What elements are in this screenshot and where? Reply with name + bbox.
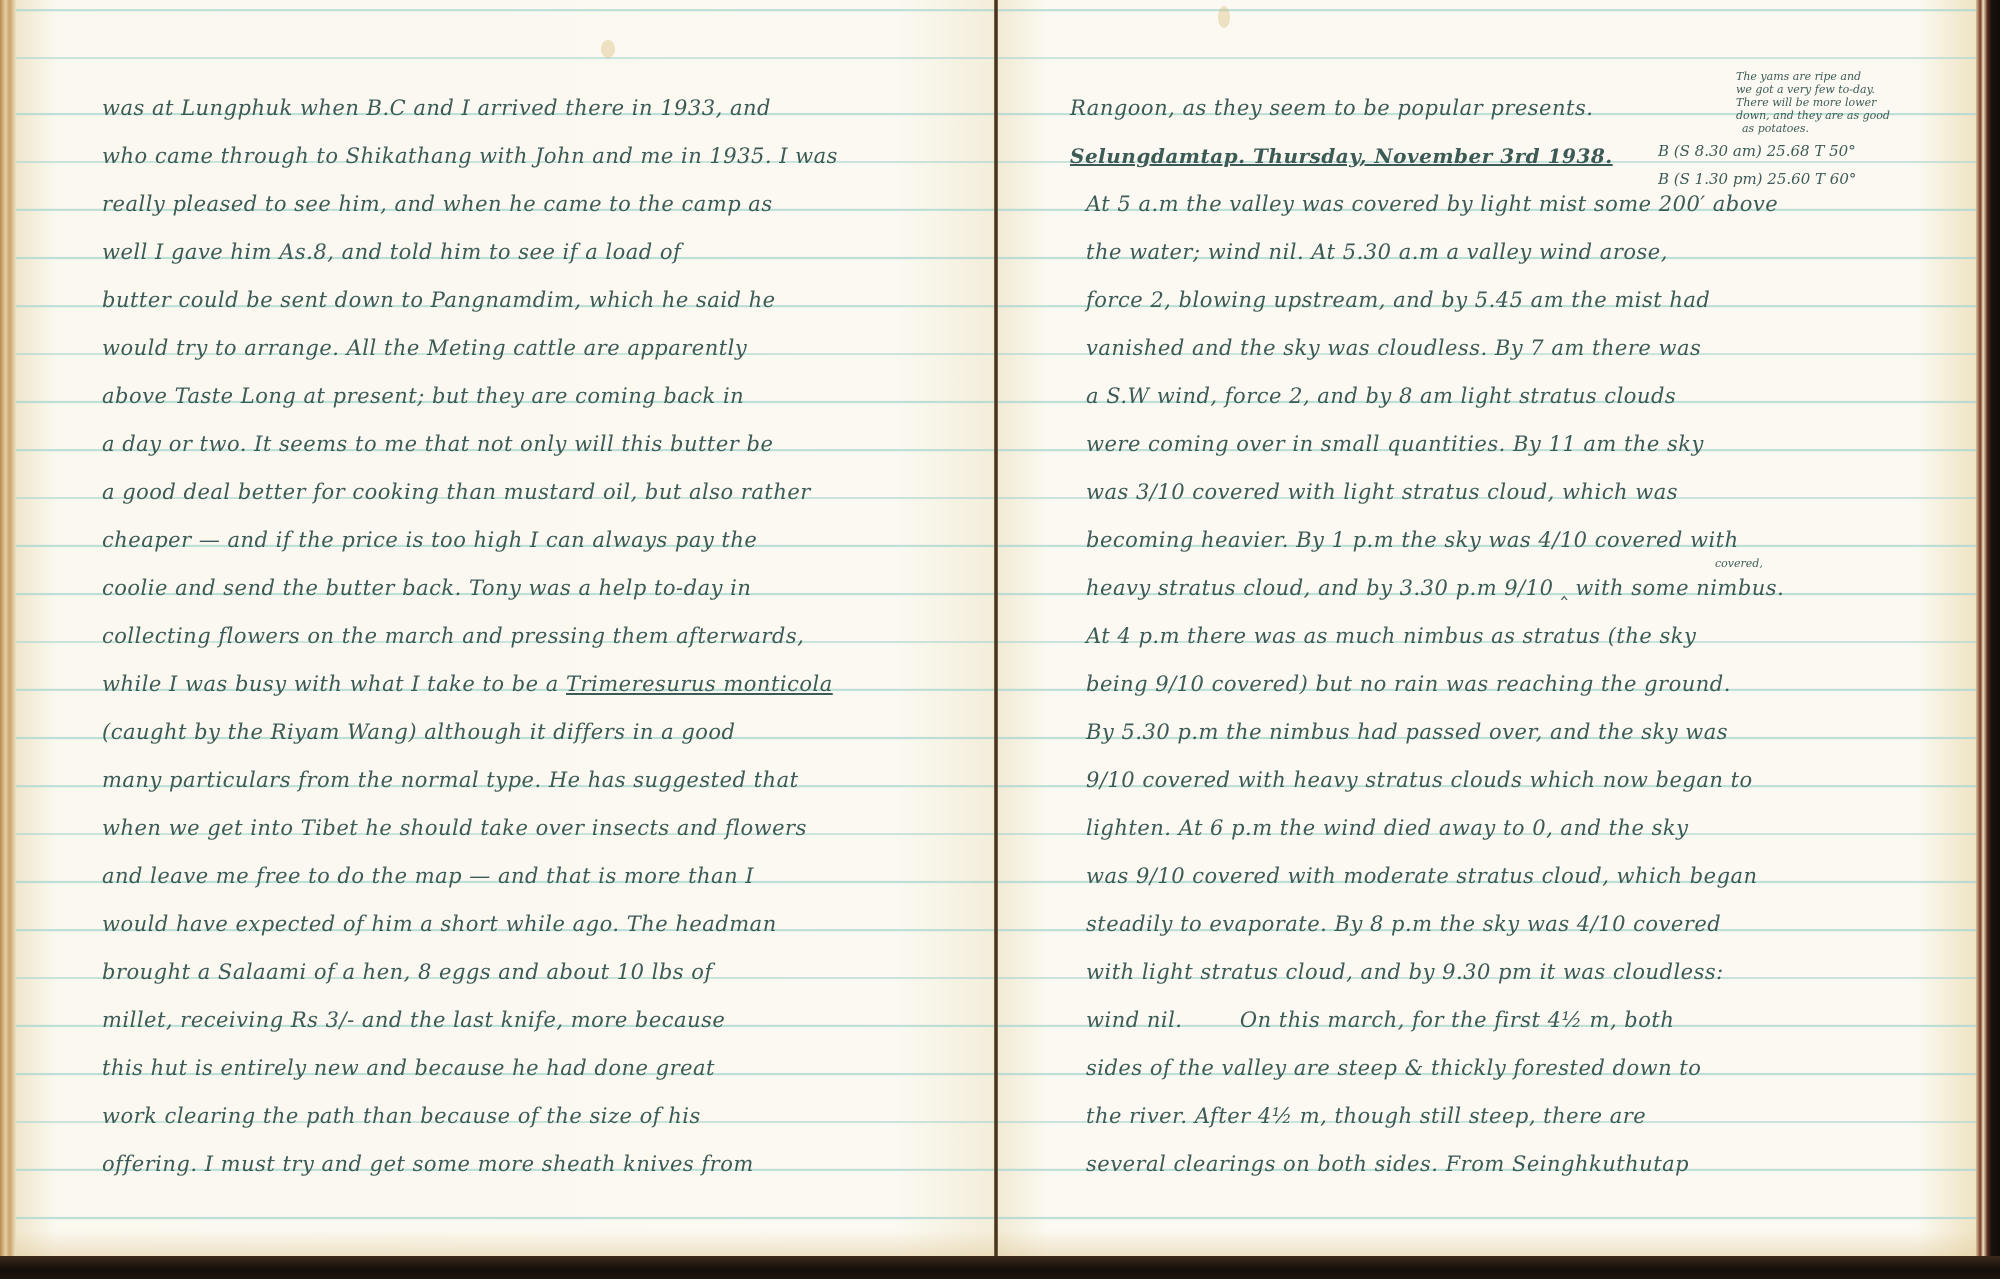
text-line: this hut is entirely new and because he … bbox=[102, 1048, 982, 1088]
bottom-binding-edge bbox=[0, 1256, 2000, 1279]
text-line: lighten. At 6 p.m the wind died away to … bbox=[1086, 808, 1966, 848]
text-line: really pleased to see him, and when he c… bbox=[102, 184, 982, 224]
text-line: when we get into Tibet he should take ov… bbox=[102, 808, 982, 848]
marginal-note-line: There will be more lower bbox=[1736, 96, 1971, 109]
text-line: sides of the valley are steep & thickly … bbox=[1086, 1048, 1966, 1088]
text-line: well I gave him As.8, and told him to se… bbox=[102, 232, 982, 272]
marginal-note-line: we got a very few to-day. bbox=[1736, 83, 1971, 96]
text-line: offering. I must try and get some more s… bbox=[102, 1144, 982, 1184]
marginal-note-line: as potatoes. bbox=[1736, 122, 1971, 135]
text-line: 9/10 covered with heavy stratus clouds w… bbox=[1086, 760, 1966, 800]
text-line: above Taste Long at present; but they ar… bbox=[102, 376, 982, 416]
left-page: was at Lungphuk when B.C and I arrived t… bbox=[16, 0, 994, 1256]
text-line: cheaper — and if the price is too high I… bbox=[102, 520, 982, 560]
text-line: millet, receiving Rs 3/- and the last kn… bbox=[102, 1000, 982, 1040]
diary-spread: was at Lungphuk when B.C and I arrived t… bbox=[0, 0, 2000, 1279]
text-line: would try to arrange. All the Meting cat… bbox=[102, 328, 982, 368]
text-line: a S.W wind, force 2, and by 8 am light s… bbox=[1086, 376, 1966, 416]
text-line: Rangoon, as they seem to be popular pres… bbox=[1070, 88, 1720, 128]
text-line: would have expected of him a short while… bbox=[102, 904, 982, 944]
text-line: was at Lungphuk when B.C and I arrived t… bbox=[102, 88, 982, 128]
text-line: work clearing the path than because of t… bbox=[102, 1096, 982, 1136]
text-line: and leave me free to do the map — and th… bbox=[102, 856, 982, 896]
left-binding-edge bbox=[0, 0, 16, 1262]
text-line: a day or two. It seems to me that not on… bbox=[102, 424, 982, 464]
species-name-underlined: Trimeresurus monticola bbox=[566, 672, 833, 696]
text-line: with light stratus cloud, and by 9.30 pm… bbox=[1086, 952, 1966, 992]
text-line: force 2, blowing upstream, and by 5.45 a… bbox=[1086, 280, 1966, 320]
text-line-with-species: while I was busy with what I take to be … bbox=[102, 664, 982, 704]
text-line: coolie and send the butter back. Tony wa… bbox=[102, 568, 982, 608]
text-line: vanished and the sky was cloudless. By 7… bbox=[1086, 328, 1966, 368]
paper-stain bbox=[601, 40, 615, 58]
text-line: becoming heavier. By 1 p.m the sky was 4… bbox=[1086, 520, 1966, 560]
text-line: several clearings on both sides. From Se… bbox=[1086, 1144, 1966, 1184]
marginal-note-line: The yams are ripe and bbox=[1736, 70, 1971, 83]
right-page: The yams are ripe and we got a very few … bbox=[998, 0, 1976, 1256]
text-line: were coming over in small quantities. By… bbox=[1086, 424, 1966, 464]
text-line: who came through to Shikathang with John… bbox=[102, 136, 982, 176]
text-line: wind nil. On this march, for the first 4… bbox=[1086, 1000, 1966, 1040]
text-line: heavy stratus cloud, and by 3.30 p.m 9/1… bbox=[1086, 568, 1966, 608]
text-line: At 5 a.m the valley was covered by light… bbox=[1086, 184, 1966, 224]
text-line: (caught by the Riyam Wang) although it d… bbox=[102, 712, 982, 752]
text-line: butter could be sent down to Pangnamdim,… bbox=[102, 280, 982, 320]
text-line: the river. After 4½ m, though still stee… bbox=[1086, 1096, 1966, 1136]
barometer-reading-morning: B (S 8.30 am) 25.68 T 50° bbox=[1658, 142, 1958, 160]
text-line: many particulars from the normal type. H… bbox=[102, 760, 982, 800]
text-line: steadily to evaporate. By 8 p.m the sky … bbox=[1086, 904, 1966, 944]
paper-stain bbox=[1218, 6, 1230, 28]
text-line: By 5.30 p.m the nimbus had passed over, … bbox=[1086, 712, 1966, 752]
right-binding-edge bbox=[1976, 0, 2000, 1262]
text-line: At 4 p.m there was as much nimbus as str… bbox=[1086, 616, 1966, 656]
text-line: collecting flowers on the march and pres… bbox=[102, 616, 982, 656]
text-line: being 9/10 covered) but no rain was reac… bbox=[1086, 664, 1966, 704]
marginal-note: The yams are ripe and we got a very few … bbox=[1736, 70, 1971, 135]
text-line: the water; wind nil. At 5.30 a.m a valle… bbox=[1086, 232, 1966, 272]
text-line: was 3/10 covered with light stratus clou… bbox=[1086, 472, 1966, 512]
marginal-note-line: down, and they are as good bbox=[1736, 109, 1971, 122]
text-line: a good deal better for cooking than must… bbox=[102, 472, 982, 512]
text-line: brought a Salaami of a hen, 8 eggs and a… bbox=[102, 952, 982, 992]
text-line: was 9/10 covered with moderate stratus c… bbox=[1086, 856, 1966, 896]
text-segment: while I was busy with what I take to be … bbox=[102, 672, 559, 696]
entry-heading: Selungdamtap. Thursday, November 3rd 193… bbox=[1070, 136, 1590, 176]
